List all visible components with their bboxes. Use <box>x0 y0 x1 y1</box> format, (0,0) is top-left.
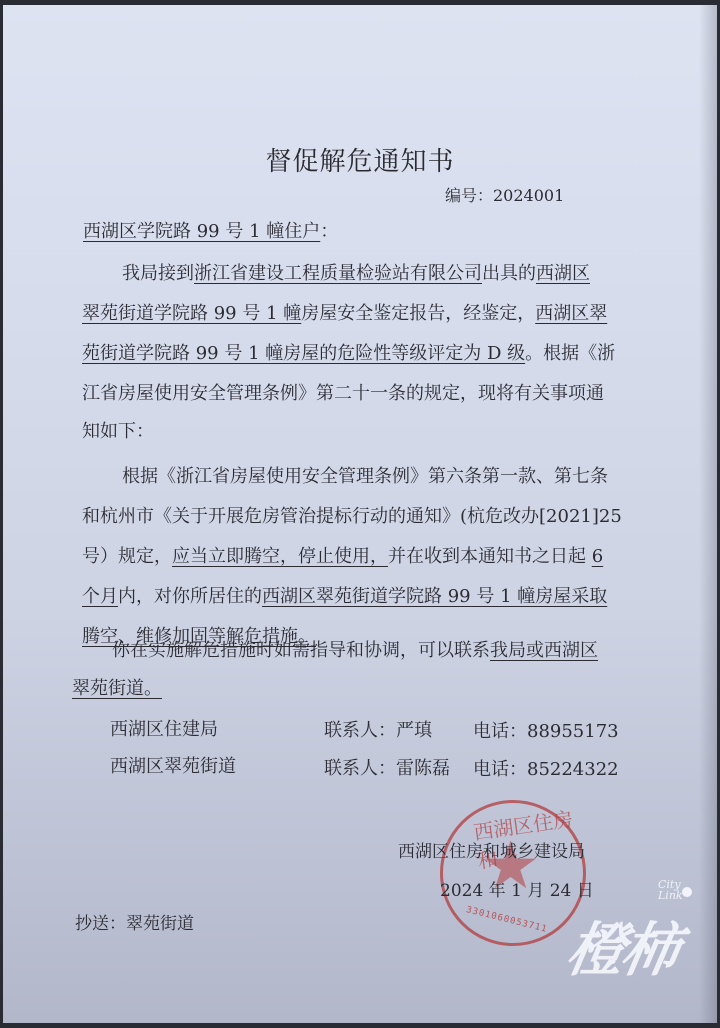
para3-line1: 你在实施解危措施时如需指导和协调，可以联系我局或西湖区 <box>112 636 598 662</box>
para2-line4: 个月内，对你所居住的西湖区翠苑街道学院路 99 号 1 幢房屋采取 <box>82 582 607 608</box>
inspection-company: 浙江省建设工程质量检验站有限公司 <box>194 263 482 284</box>
para2-line2: 和杭州市《关于开展危房管治提标行动的通知》(杭危改办[2021]25 <box>82 502 622 528</box>
para3-line2: 翠苑街道。 <box>72 674 162 700</box>
para2-line1: 根据《浙江省房屋使用安全管理条例》第六条第一款、第七条 <box>122 462 608 488</box>
watermark-dot-icon <box>682 887 692 897</box>
para2-line3: 号）规定，应当立即腾空，停止使用，并在收到本通知书之日起 6 <box>82 542 603 568</box>
document-number: 编号：2024001 <box>445 183 564 206</box>
recipient-line: 西湖区学院路 99 号 1 幢住户： <box>83 217 338 243</box>
contact-phone-1: 电话：88955173 <box>473 717 619 743</box>
watermark-brand: 橙柿 <box>561 903 684 987</box>
vacate-order: 应当立即腾空，停止使用， <box>172 546 388 567</box>
watermark-logo: City Link 橙柿 <box>558 875 708 1025</box>
contact-org-1: 西湖区住建局 <box>110 715 218 741</box>
para1-line2: 翠苑街道学院路 99 号 1 幢房屋安全鉴定报告，经鉴定，西湖区翠 <box>82 299 607 325</box>
para1-line5: 知如下： <box>82 417 154 443</box>
contact-person-1: 联系人：严瑱 <box>324 716 432 742</box>
para1-line3: 苑街道学院路 99 号 1 幢房屋的危险性等级评定为 D 级。根据《浙 <box>82 339 615 365</box>
contact-phone-2: 电话：85224322 <box>473 755 619 781</box>
document-title: 督促解危通知书 <box>3 141 717 178</box>
seal-code: 3301060053711 <box>465 905 548 935</box>
contact-person-2: 联系人：雷陈磊 <box>324 754 450 780</box>
para1-line1: 我局接到浙江省建设工程质量检验站有限公司出具的西湖区 <box>122 259 590 285</box>
danger-rating: 苑街道学院路 99 号 1 幢房屋的危险性等级评定为 D 级 <box>82 343 525 364</box>
cc-line: 抄送：翠苑街道 <box>75 909 194 934</box>
issuing-authority: 西湖区住房和城乡建设局 <box>398 837 585 862</box>
notice-paper: 督促解危通知书 编号：2024001 西湖区学院路 99 号 1 幢住户： 我局… <box>3 5 717 1023</box>
recipient: 西湖区学院路 99 号 1 幢住户 <box>83 221 320 242</box>
para1-line4: 江省房屋使用安全管理条例》第二十一条的规定，现将有关事项通 <box>82 379 604 405</box>
contact-org-2: 西湖区翠苑街道 <box>110 752 236 778</box>
